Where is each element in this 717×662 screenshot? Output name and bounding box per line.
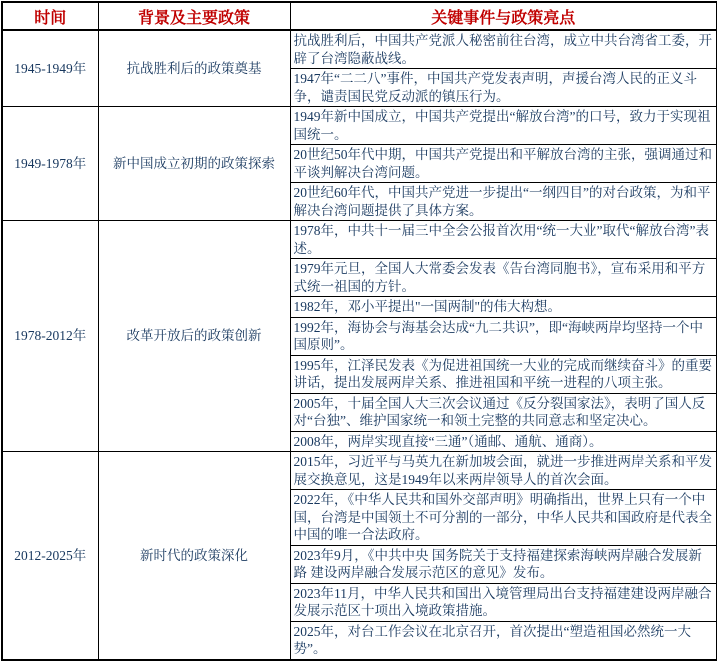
event-cell: 20世纪50年代中期，中国共产党提出和平解放台湾的主张，强调通过和平谈判解决台湾… [290, 145, 717, 183]
event-cell: 1995年，江泽民发表《为促进祖国统一大业的完成而继续奋斗》的重要讲话，提出发展… [290, 355, 717, 393]
event-cell: 2008年，两岸实现直接“三通”（通邮、通航、通商）。 [290, 431, 717, 452]
header-background-policy: 背景及主要政策 [98, 2, 290, 30]
event-cell: 2025年，对台工作会议在北京召开，首次提出“塑造祖国必然统一大势”。 [290, 621, 717, 660]
event-cell: 2023年11月，中华人民共和国出入境管理局出台支持福建建设两岸融合发展示范区十… [290, 583, 717, 621]
event-cell: 1949年新中国成立，中国共产党提出“解放台湾”的口号，致力于实现祖国统一。 [290, 107, 717, 145]
background-cell: 改革开放后的政策创新 [98, 221, 290, 452]
table-row: 2012-2025年新时代的政策深化2015年，习近平与马英九在新加坡会面，就进… [2, 452, 717, 490]
background-cell: 抗战胜利后的政策奠基 [98, 30, 290, 107]
event-cell: 1947年“二二八”事件，中国共产党发表声明，声援台湾人民的正义斗争，谴责国民党… [290, 69, 717, 107]
policy-timeline-table: 时间 背景及主要政策 关键事件与政策亮点 1945-1949年抗战胜利后的政策奠… [1, 1, 717, 661]
event-cell: 1978年，中共十一届三中全会公报首次用“统一大业”取代“解放台湾”表述。 [290, 221, 717, 259]
event-cell: 2005年，十届全国人大三次会议通过《反分裂国家法》，表明了国人反对“台独”、维… [290, 393, 717, 431]
event-cell: 1992年，海协会与海基会达成“九二共识”，即“海峡两岸均坚持一个中国原则”。 [290, 317, 717, 355]
event-cell: 1982年，邓小平提出"一国两制"的伟大构想。 [290, 297, 717, 318]
time-cell: 1945-1949年 [2, 30, 98, 107]
event-cell: 2023年9月，《中共中央 国务院关于支持福建探索海峡两岸融合发展新路 建设两岸… [290, 545, 717, 583]
header-key-events: 关键事件与政策亮点 [290, 2, 717, 30]
table-header-row: 时间 背景及主要政策 关键事件与政策亮点 [2, 2, 717, 30]
event-cell: 1979年元旦，全国人大常委会发表《告台湾同胞书》，宣布采用和平方式统一祖国的方… [290, 259, 717, 297]
table-row: 1978-2012年改革开放后的政策创新1978年，中共十一届三中全会公报首次用… [2, 221, 717, 259]
time-cell: 2012-2025年 [2, 452, 98, 660]
background-cell: 新中国成立初期的政策探索 [98, 107, 290, 221]
event-cell: 2022年，《中华人民共和国外交部声明》明确指出，世界上只有一个中国，台湾是中国… [290, 490, 717, 546]
table-row: 1945-1949年抗战胜利后的政策奠基抗战胜利后，中国共产党派人秘密前往台湾，… [2, 30, 717, 69]
event-cell: 20世纪60年代，中国共产党进一步提出“一纲四目”的对台政策，为和平解决台湾问题… [290, 183, 717, 221]
event-cell: 2015年，习近平与马英九在新加坡会面，就进一步推进两岸关系和平发展交换意见，这… [290, 452, 717, 490]
table-body: 1945-1949年抗战胜利后的政策奠基抗战胜利后，中国共产党派人秘密前往台湾，… [2, 30, 717, 660]
event-cell: 抗战胜利后，中国共产党派人秘密前往台湾，成立中共台湾省工委，开辟了台湾隐蔽战线。 [290, 30, 717, 69]
time-cell: 1978-2012年 [2, 221, 98, 452]
background-cell: 新时代的政策深化 [98, 452, 290, 660]
table-row: 1949-1978年新中国成立初期的政策探索1949年新中国成立，中国共产党提出… [2, 107, 717, 145]
header-time: 时间 [2, 2, 98, 30]
time-cell: 1949-1978年 [2, 107, 98, 221]
